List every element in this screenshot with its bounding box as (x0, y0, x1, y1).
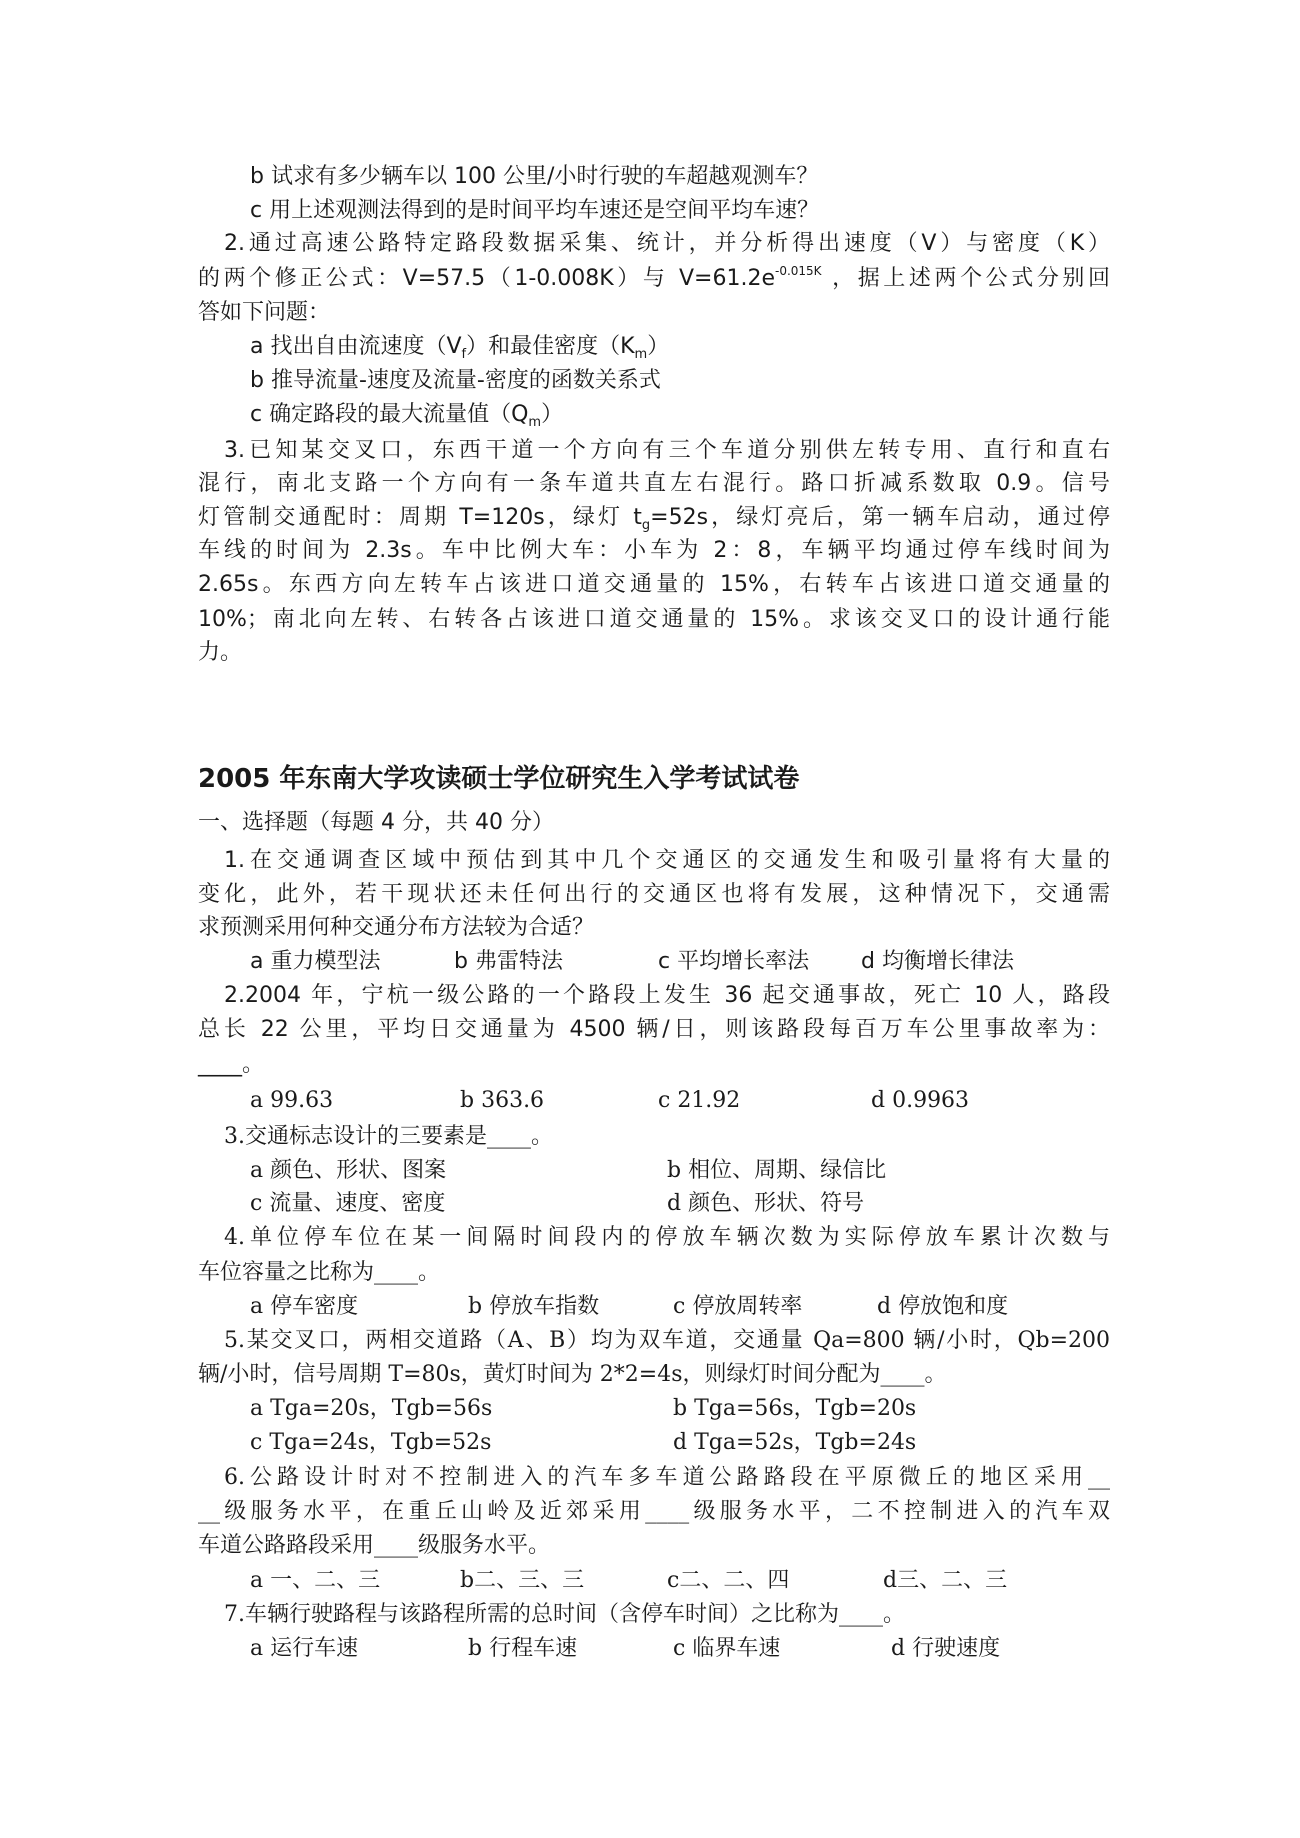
q4-option-c: c 停放周转率 (673, 1290, 802, 1324)
question-2-line2: 总长 22 公里，平均日交通量为 4500 辆/日，则该路段每百万车公里事故率为… (198, 1013, 1110, 1047)
q7-option-a: a 运行车速 (250, 1632, 358, 1666)
text: ） (647, 334, 669, 359)
q5-option-b: b Tga=56s，Tgb=20s (673, 1392, 916, 1426)
text: ）和最佳密度（K (466, 334, 634, 359)
exam-title: 2005 年东南大学攻读硕士学位研究生入学考试试卷 (198, 759, 799, 799)
q2-sub-a: a 找出自由流速度（Vf）和最佳密度（Km） (250, 330, 1110, 364)
q1-option-c: c 平均增长率法 (658, 945, 809, 979)
subscript: m (528, 415, 541, 430)
question-5-line1: 5.某交叉口，两相交道路（A、B）均为双车道，交通量 Qa=800 辆/小时，Q… (224, 1324, 1110, 1358)
text: 灯管制交通配时：周期 T=120s，绿灯 t (198, 505, 642, 530)
q2-option-c: c 21.92 (658, 1084, 740, 1118)
q3-line5: 2.65s。东西方向左转车占该进口道交通量的 15%，右转车占该进口道交通量的 (198, 568, 1110, 602)
question-6-line1: 6.公路设计时对不控制进入的汽车多车道公路路段在平原微丘的地区采用__ (224, 1461, 1110, 1495)
q3-line6: 10%；南北向左转、右转各占该进口道交通量的 15%。求该交叉口的设计通行能 (198, 603, 1110, 637)
q3-line2: 混行，南北支路一个方向有一条车道共直左右混行。路口折减系数取 0.9。信号 (198, 467, 1110, 501)
section-heading: 一、选择题（每题 4 分，共 40 分） (198, 806, 1110, 840)
q4-option-a: a 停车密度 (250, 1290, 358, 1324)
formula-exponent: -0.015K (775, 264, 822, 278)
q4-option-b: b 停放车指数 (468, 1290, 599, 1324)
q7-option-c: c 临界车速 (673, 1632, 780, 1666)
q1-option-d: d 均衡增长律法 (861, 945, 1014, 979)
q2-line3: 答如下问题： (198, 296, 1110, 330)
formula-text-post: ，据上述两个公式分别回 (822, 266, 1110, 291)
q3-option-c: c 流量、速度、密度 (250, 1187, 445, 1221)
q5-option-a: a Tga=20s，Tgb=56s (250, 1392, 492, 1426)
subscript: g (642, 518, 650, 533)
q3-line1: 3.已知某交叉口，东西干道一个方向有三个车道分别供左转专用、直行和直右 (224, 434, 1110, 468)
question-1-line1: 1.在交通调查区域中预估到其中几个交通区的交通发生和吸引量将有大量的 (224, 844, 1110, 878)
q5-option-c: c Tga=24s，Tgb=52s (250, 1426, 491, 1460)
exam-page: b 试求有多少辆车以 100 公里/小时行驶的车超越观测车？ c 用上述观测法得… (0, 0, 1300, 1838)
q2-option-a: a 99.63 (250, 1084, 333, 1118)
q3-line3: 灯管制交通配时：周期 T=120s，绿灯 tg=52s，绿灯亮后，第一辆车启动，… (198, 501, 1110, 535)
q2-line2: 的两个修正公式：V=57.5（1-0.008K）与 V=61.2e-0.015K… (198, 262, 1110, 296)
q2-sub-b: b 推导流量-速度及流量-密度的函数关系式 (250, 364, 1110, 398)
q2-option-b: b 363.6 (460, 1084, 544, 1118)
q3-option-b: b 相位、周期、绿信比 (667, 1154, 886, 1188)
q6-option-a: a 一、二、三 (250, 1564, 380, 1598)
question-7-line1: 7.车辆行驶路程与该路程所需的总时间（含停车时间）之比称为____。 (224, 1598, 1110, 1632)
option-text: 试求有多少辆车以 100 公里/小时行驶的车超越观测车？ (271, 164, 818, 189)
q5-option-d: d Tga=52s，Tgb=24s (673, 1426, 916, 1460)
q6-option-d: d三、二、三 (883, 1564, 1007, 1598)
q1-option-b: b 弗雷特法 (454, 945, 563, 979)
question-6-line2: __级服务水平，在重丘山岭及近郊采用____级服务水平，二不控制进入的汽车双 (198, 1495, 1110, 1529)
text: =52s，绿灯亮后，第一辆车启动，通过停 (650, 505, 1110, 530)
question-4-line1: 4.单位停车位在某一间隔时间段内的停放车辆次数为实际停放车累计次数与 (224, 1221, 1110, 1255)
q3-option-a: a 颜色、形状、图案 (250, 1154, 446, 1188)
text: a 找出自由流速度（V (250, 334, 462, 359)
q6-option-c: c二、二、四 (667, 1564, 789, 1598)
q2-sub-c: c 确定路段的最大流量值（Qm） (250, 398, 1110, 432)
text: c 确定路段的最大流量值（Q (250, 402, 528, 427)
q7-option-b: b 行程车速 (468, 1632, 577, 1666)
q2-option-d: d 0.9963 (871, 1084, 969, 1118)
q2-line1: 2.通过高速公路特定路段数据采集、统计，并分析得出速度（V）与密度（K） (224, 227, 1110, 261)
subscript: m (635, 347, 648, 362)
formula-text: 的两个修正公式：V=57.5（1-0.008K）与 V=61.2e (198, 266, 775, 291)
option-text: 用上述观测法得到的是时间平均车速还是空间平均车速？ (269, 198, 819, 223)
q7-option-d: d 行驶速度 (891, 1632, 1000, 1666)
question-3-line1: 3.交通标志设计的三要素是____。 (224, 1120, 1110, 1154)
question-2-line3: ____。 (198, 1048, 1110, 1082)
question-2-line1: 2.2004 年，宁杭一级公路的一个路段上发生 36 起交通事故，死亡 10 人… (224, 979, 1110, 1013)
q1-sub-b: b 试求有多少辆车以 100 公里/小时行驶的车超越观测车？ (250, 160, 1110, 194)
q4-option-d: d 停放饱和度 (877, 1290, 1008, 1324)
text: ） (541, 402, 563, 427)
q1-option-a: a 重力模型法 (250, 945, 380, 979)
question-6-line3: 车道公路路段采用____级服务水平。 (198, 1529, 1110, 1563)
question-1-line2: 变化，此外，若干现状还未任何出行的交通区也将有发展，这种情况下，交通需 (198, 878, 1110, 912)
question-4-line2: 车位容量之比称为____。 (198, 1256, 1110, 1290)
q3-option-d: d 颜色、形状、符号 (667, 1187, 864, 1221)
option-label: c (250, 198, 262, 223)
q1-sub-c: c 用上述观测法得到的是时间平均车速还是空间平均车速？ (250, 194, 1110, 228)
question-1-line3: 求预测采用何种交通分布方法较为合适？ (198, 911, 1110, 945)
q3-line4: 车线的时间为 2.3s。车中比例大车：小车为 2：8，车辆平均通过停车线时间为 (198, 534, 1110, 568)
q6-option-b: b二、三、三 (460, 1564, 584, 1598)
option-label: b (250, 164, 264, 189)
question-5-line2: 辆/小时，信号周期 T=80s，黄灯时间为 2*2=4s，则绿灯时间分配为___… (198, 1358, 1110, 1392)
q3-line7: 力。 (198, 636, 1110, 670)
